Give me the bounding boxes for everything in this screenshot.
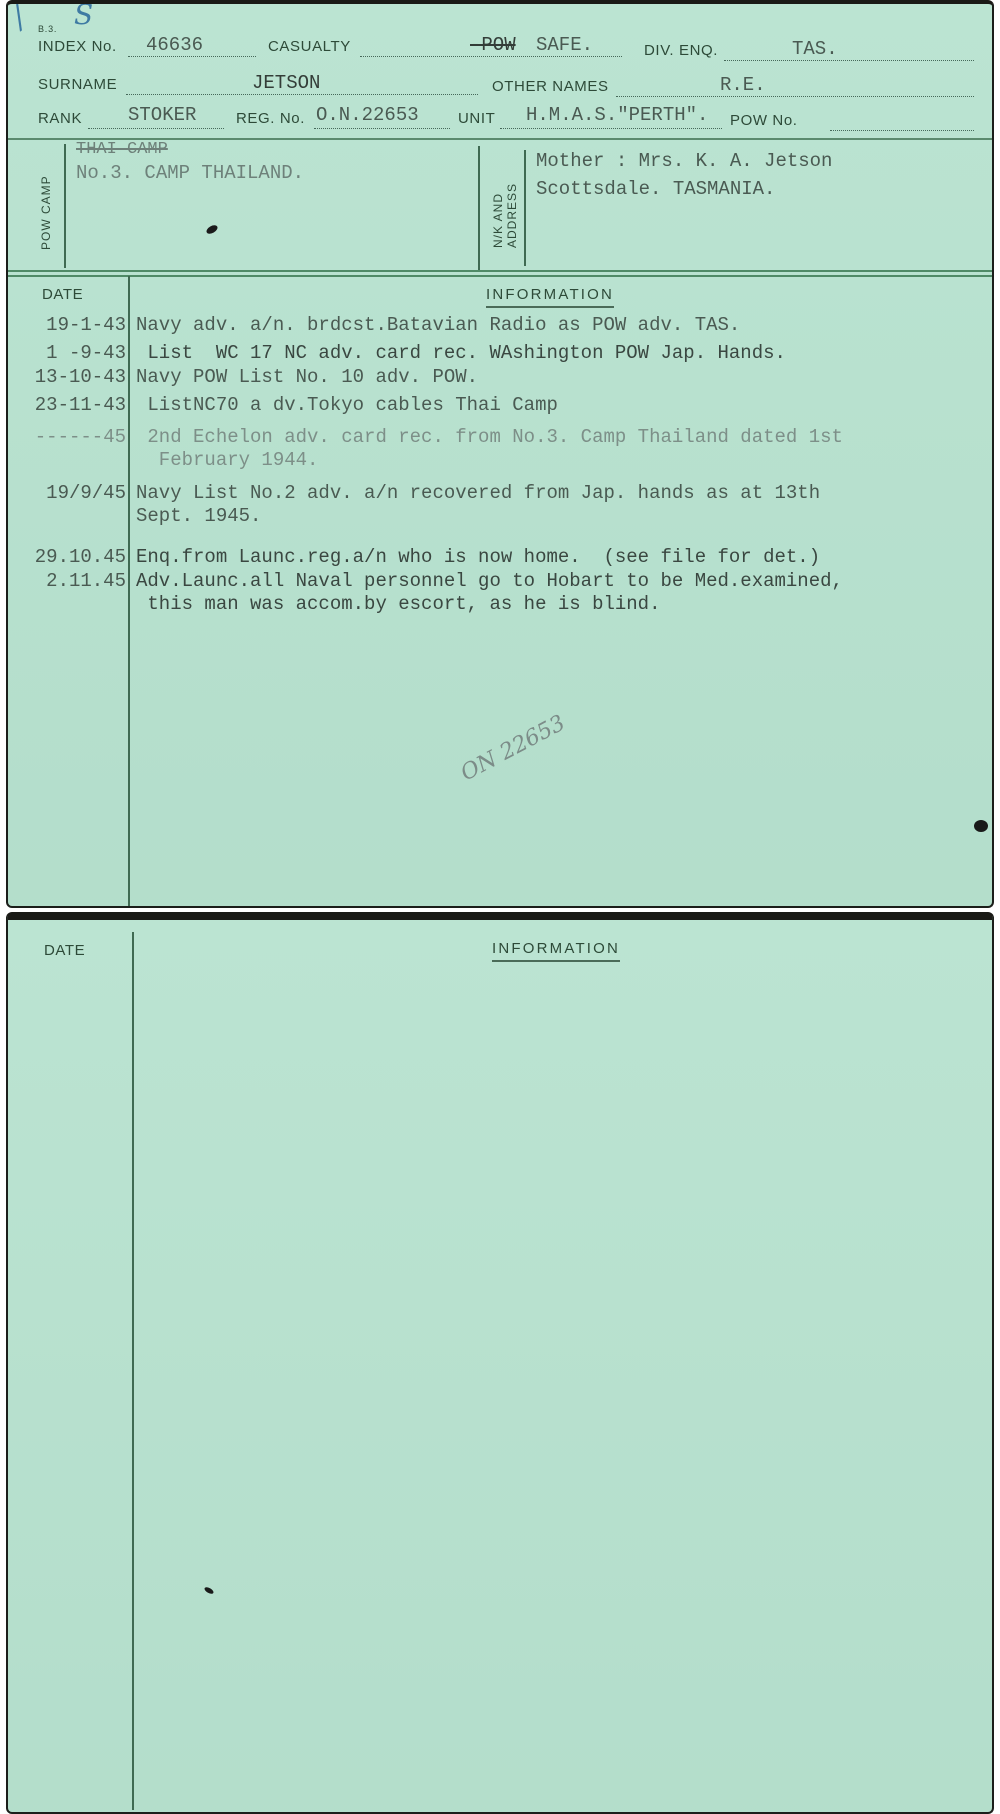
other-names-value: R.E. [720, 74, 766, 96]
information-column-header: INFORMATION [492, 940, 620, 962]
entry-date: 1 -9-43 [8, 342, 126, 364]
nok-line-2: Scottsdale. TASMANIA. [536, 178, 775, 200]
other-names-line [616, 96, 974, 97]
handwritten-mark: S [74, 0, 93, 31]
date-column-divider [128, 276, 130, 908]
index-no-label: INDEX No. [38, 38, 117, 55]
entry-date: 13-10-43 [8, 366, 126, 388]
reg-no-line [314, 128, 450, 129]
nok-label-line1: N/K AND [492, 193, 505, 248]
entry-information: Navy adv. a/n. brdcst.Batavian Radio as … [136, 314, 740, 337]
entry-information: 2nd Echelon adv. card rec. from No.3. Ca… [136, 426, 843, 472]
pow-camp-label: POW CAMP [40, 175, 53, 250]
pow-camp-divider [64, 144, 66, 268]
surname-value: JETSON [252, 72, 320, 94]
double-divider-top [8, 270, 994, 272]
div-enq-value: TAS. [792, 38, 838, 60]
rank-label: RANK [38, 110, 82, 127]
reg-no-label: REG. No. [236, 110, 305, 127]
index-no-line [128, 56, 256, 57]
record-card-front: / S B.3. INDEX No. 46636 CASUALTY -POW S… [6, 0, 994, 908]
entry-information: Enq.from Launc.reg.a/n who is now home. … [136, 546, 820, 569]
double-divider-bottom [8, 275, 994, 277]
ink-spot [974, 820, 988, 832]
pow-no-line [830, 130, 974, 131]
date-column-divider [132, 932, 134, 1810]
reg-no-value: O.N.22653 [316, 104, 419, 126]
casualty-line [360, 56, 622, 57]
pow-camp-value: No.3. CAMP THAILAND. [76, 162, 304, 184]
rank-value: STOKER [128, 104, 196, 126]
date-column-header: DATE [44, 942, 85, 959]
entry-date: 19-1-43 [8, 314, 126, 336]
entry-information: Navy POW List No. 10 adv. POW. [136, 366, 478, 389]
entry-information: ListNC70 a dv.Tokyo cables Thai Camp [136, 394, 558, 417]
entry-date: 2.11.45 [8, 570, 126, 592]
entry-information: Navy List No.2 adv. a/n recovered from J… [136, 482, 820, 528]
record-card-back: DATE INFORMATION [6, 912, 994, 1814]
div-enq-label: DIV. ENQ. [644, 42, 718, 59]
information-column-header: INFORMATION [486, 286, 614, 308]
casualty-struck-value: -POW [470, 34, 516, 56]
unit-label: UNIT [458, 110, 495, 127]
surname-label: SURNAME [38, 76, 117, 93]
entry-information: Adv.Launc.all Naval personnel go to Hoba… [136, 570, 843, 616]
casualty-label: CASUALTY [268, 38, 351, 55]
rank-line [88, 128, 224, 129]
date-column-header: DATE [42, 286, 83, 303]
entry-date: 23-11-43 [8, 394, 126, 416]
unit-value: H.M.A.S."PERTH". [526, 104, 708, 126]
surname-line [126, 94, 478, 95]
nok-left-divider [478, 146, 480, 270]
handwritten-slash-mark: / [6, 0, 33, 34]
other-names-label: OTHER NAMES [492, 78, 609, 95]
nok-divider [524, 150, 526, 266]
entry-date: 19/9/45 [8, 482, 126, 504]
pow-no-label: POW No. [730, 112, 798, 129]
entry-date: ------45 [8, 426, 126, 448]
pow-camp-struck-value: THAI CAMP [76, 140, 168, 159]
nok-line-1: Mother : Mrs. K. A. Jetson [536, 150, 832, 172]
ink-mark [203, 1586, 214, 1595]
nok-label-line2: ADDRESS [506, 183, 519, 248]
entry-information: List WC 17 NC adv. card rec. WAshington … [136, 342, 786, 365]
index-no-value: 46636 [146, 34, 203, 56]
casualty-value: SAFE. [536, 34, 593, 56]
corner-mark: B.3. [38, 24, 57, 34]
div-enq-line [724, 60, 974, 61]
pencil-note: ON 22653 [457, 711, 570, 787]
ink-mark [205, 223, 219, 235]
unit-line [500, 128, 722, 129]
entry-date: 29.10.45 [8, 546, 126, 568]
